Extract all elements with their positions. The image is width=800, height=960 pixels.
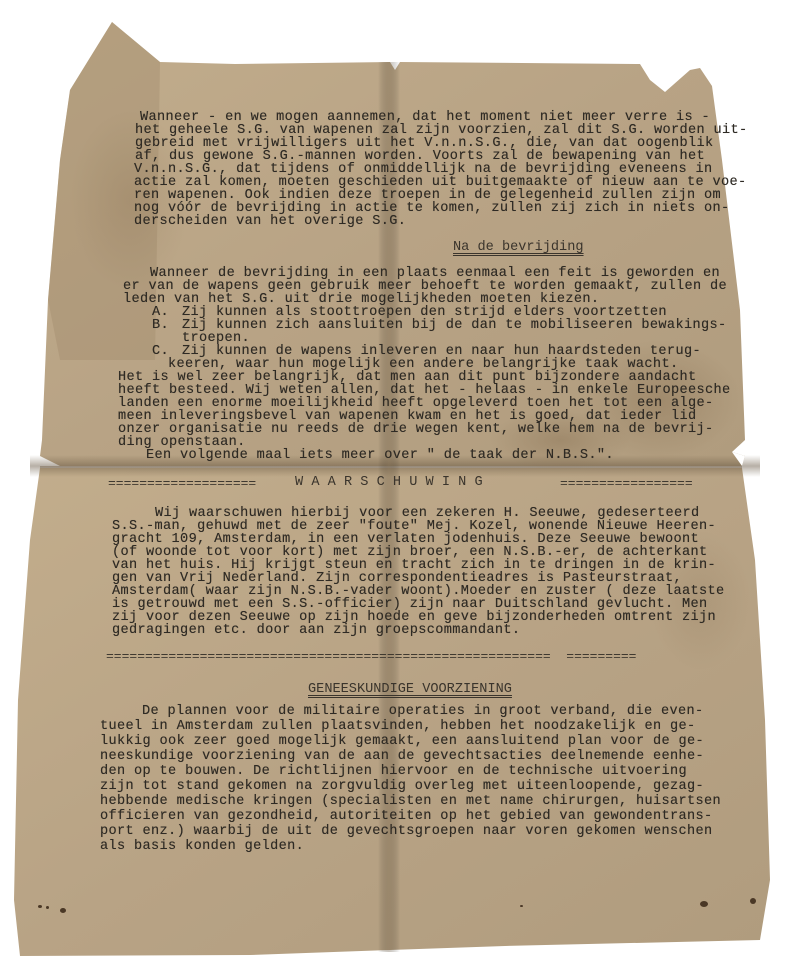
option-marker: C. [152, 344, 169, 360]
section-heading: GENEESKUNDIGE VOORZIENING [308, 682, 512, 698]
text-line: zijn tot stand gekomen na zorgvuldig ove… [100, 779, 704, 795]
text-line: neeskundige voorziening van de aan de ge… [100, 749, 704, 765]
text-line: officieren van gezondheid, autoriteiten … [100, 809, 713, 825]
text-line: lukkig ook zeer goed mogelijk gemaakt, e… [100, 734, 704, 750]
text-line: Zij kunnen zich aansluiten bij de dan te… [182, 318, 726, 334]
section-heading: Na de bevrijding [453, 240, 584, 256]
text-line: tueel in Amsterdam zullen plaatsvinden, … [100, 719, 696, 735]
separator-rule: ================= [560, 477, 693, 491]
text-line: De plannen voor de militaire operaties i… [142, 704, 704, 720]
text-line: derscheiden van het overige S.G. [134, 214, 406, 230]
separator-rule: ========================================… [106, 650, 637, 664]
typewritten-document: Wanneer - en we mogen aannemen, dat het … [0, 0, 800, 960]
text-line: Een volgende maal iets meer over " de ta… [146, 448, 614, 464]
text-line: hebbende medische kringen (specialisten … [100, 794, 721, 810]
text-line: den op te bouwen. De richtlijnen hiervoo… [100, 764, 687, 780]
text-line: als basis konden gelden. [100, 839, 304, 855]
separator-rule: =================== [108, 477, 256, 491]
option-marker: B. [152, 318, 169, 334]
text-line: port enz.) waarbij de uit de gevechtsgro… [100, 824, 713, 840]
section-heading: W A A R S C H U W I N G [295, 475, 483, 491]
text-line: gedragingen etc. door aan zijn groepscom… [112, 623, 520, 639]
